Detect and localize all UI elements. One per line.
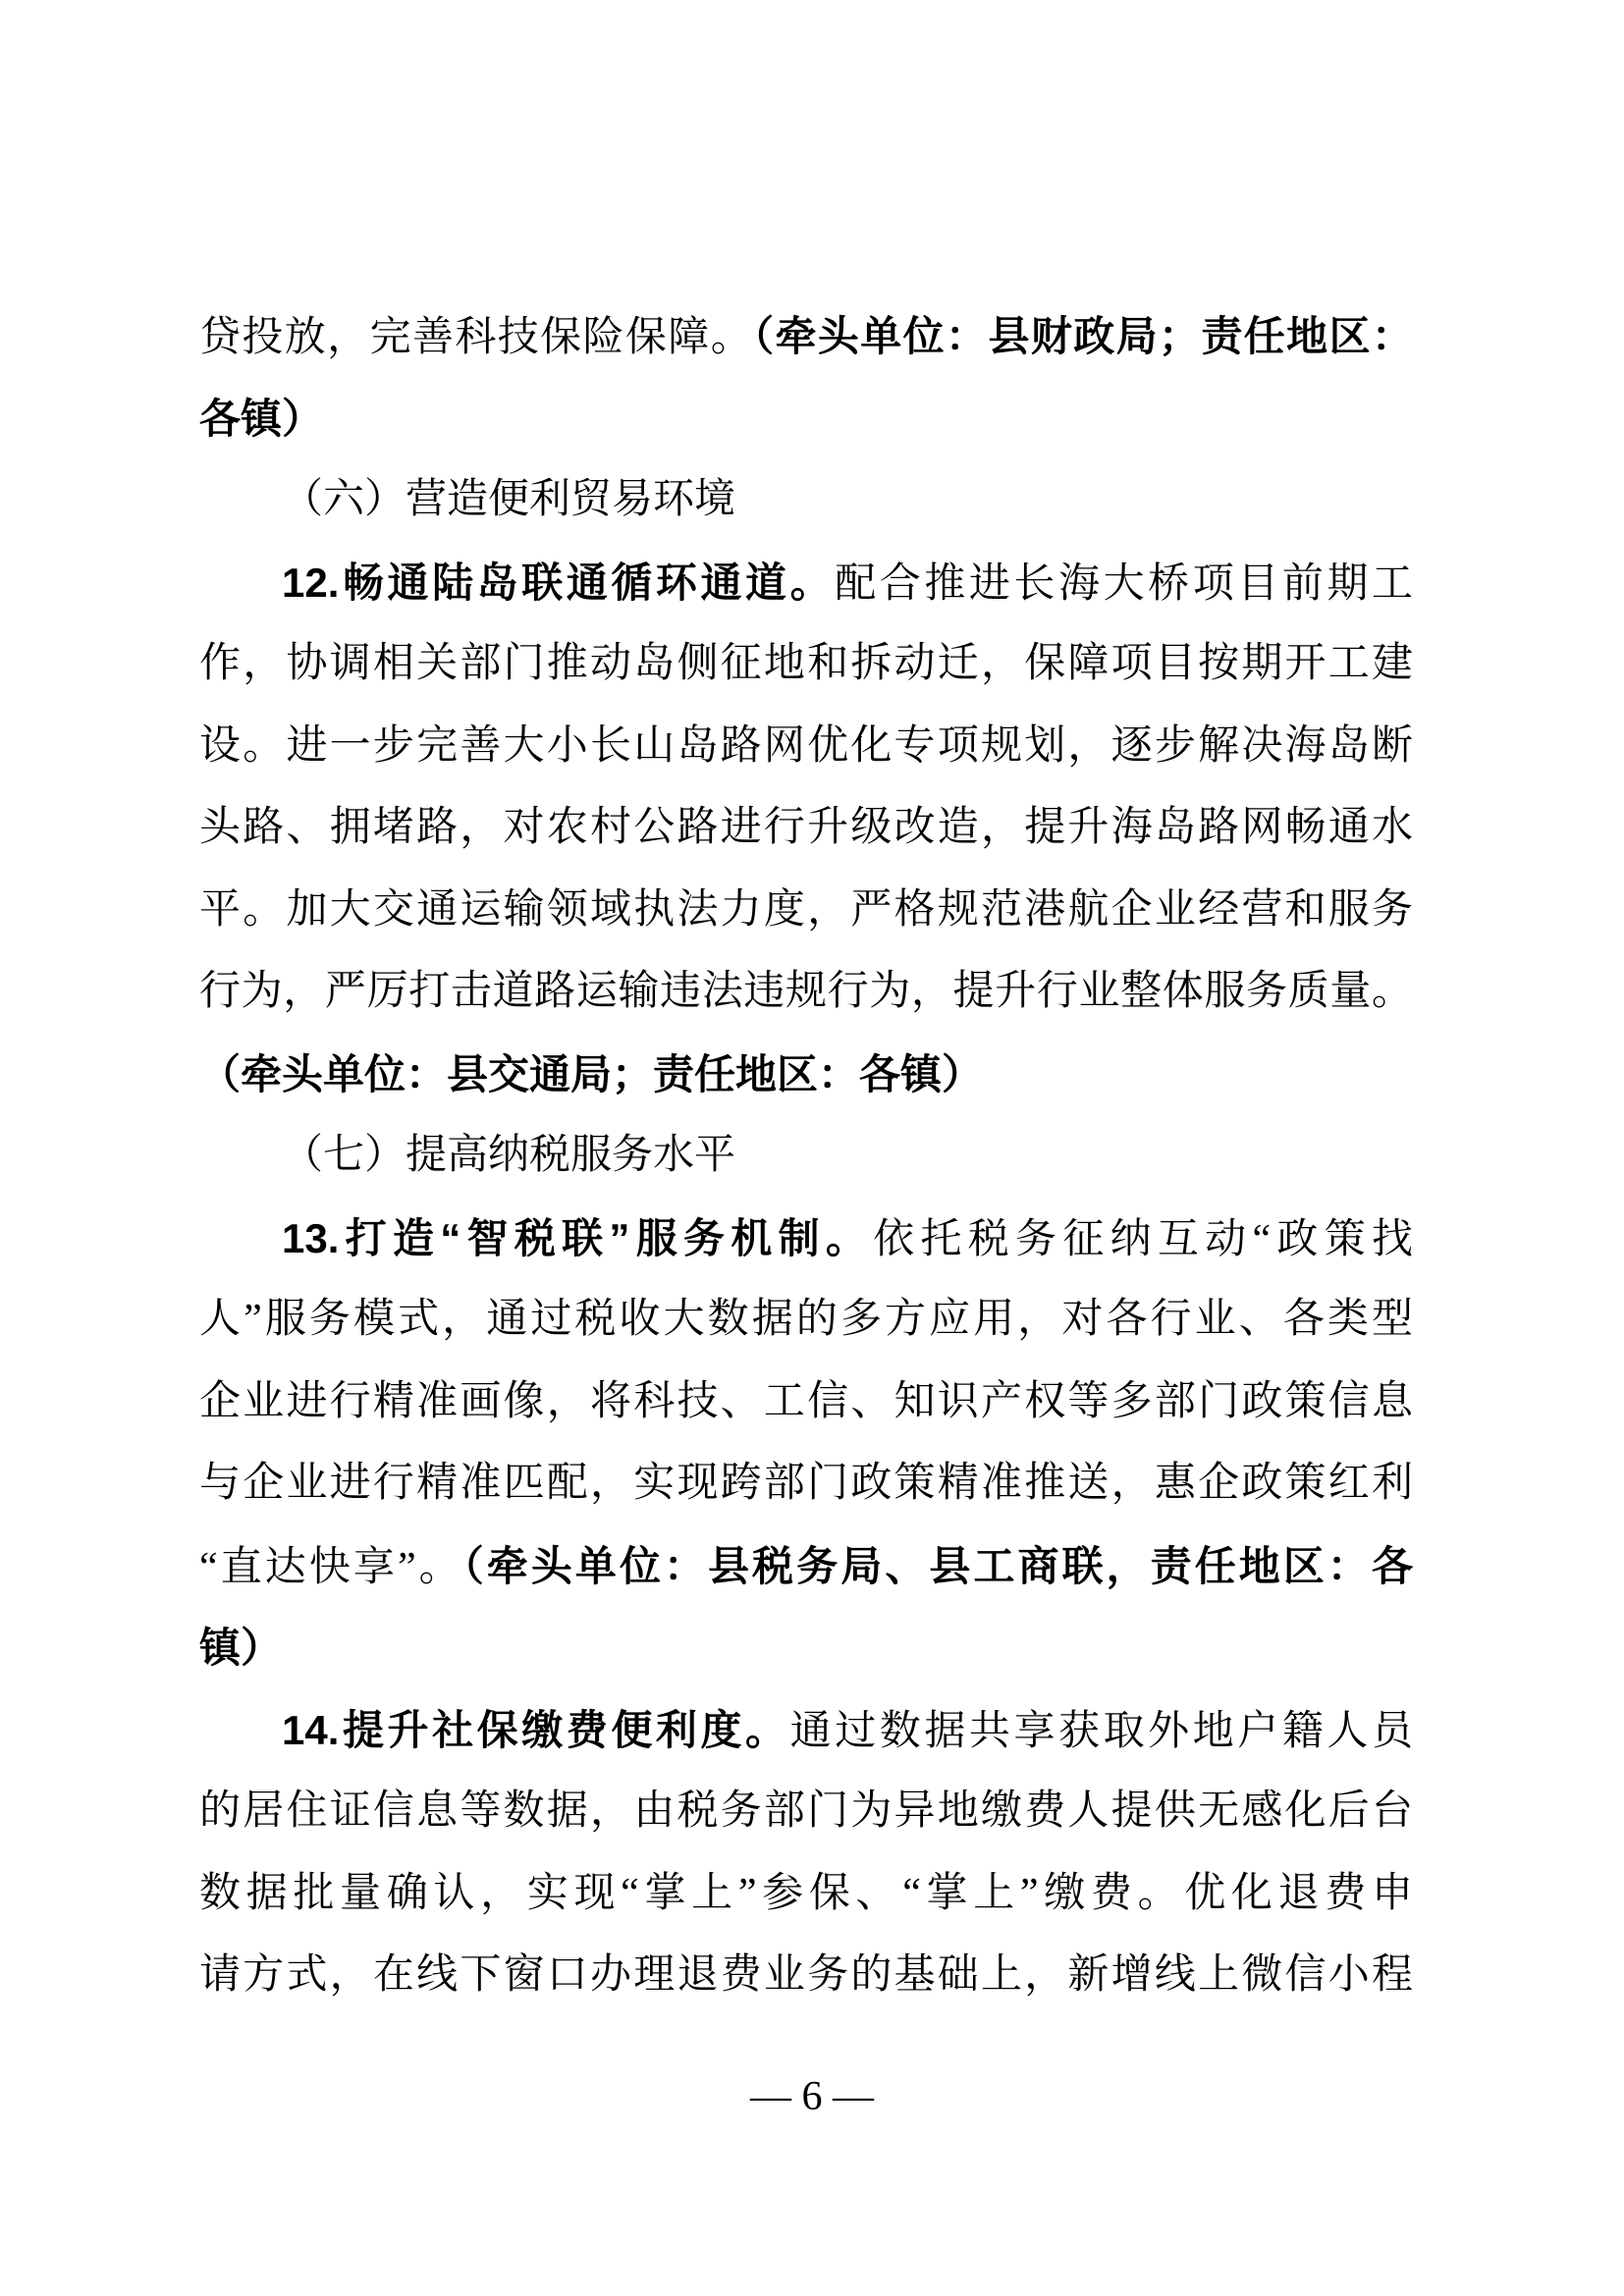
text-line: （牵头单位：县交通局；责任地区：各镇） bbox=[199, 1034, 1413, 1116]
text-line: 14.提升社保缴费便利度。通过数据共享获取外地户籍人员 bbox=[199, 1689, 1413, 1772]
text-run-body: 数据批量确认，实现“掌上”参保、“掌上”缴费。优化退费申 bbox=[199, 1871, 1413, 1916]
text-line: 13.打造“智税联”服务机制。依托税务征纳互动“政策找 bbox=[199, 1198, 1413, 1280]
text-line: （七）提高纳税服务水平 bbox=[199, 1115, 1413, 1198]
text-run-bold: 12.畅通陆岛联通循环通道。 bbox=[282, 560, 835, 606]
text-run-body: 设。进一步完善大小长山岛路网优化专项规划，逐步解决海岛断 bbox=[199, 723, 1413, 769]
text-run-body: 头路、拥堵路，对农村公路进行升级改造，提升海岛路网畅通水 bbox=[199, 805, 1413, 850]
text-run-kaiti: （六）营造便利贸易环境 bbox=[282, 477, 735, 522]
document-body: 贷投放，完善科技保险保障。（牵头单位：县财政局；责任地区：各镇）（六）营造便利贸… bbox=[199, 295, 1413, 2017]
text-run-bold: 各镇） bbox=[199, 396, 323, 442]
document-page: 贷投放，完善科技保险保障。（牵头单位：县财政局；责任地区：各镇）（六）营造便利贸… bbox=[0, 0, 1624, 2296]
text-run-body: 配合推进长海大桥项目前期工 bbox=[835, 561, 1413, 607]
text-line: （六）营造便利贸易环境 bbox=[199, 459, 1413, 542]
text-run-body: 请方式，在线下窗口办理退费业务的基础上，新增线上微信小程 bbox=[199, 1952, 1413, 1998]
text-run-bold: （牵头单位：县税务局、县工商联，责任地区：各 bbox=[463, 1543, 1413, 1589]
text-line: 贷投放，完善科技保险保障。（牵头单位：县财政局；责任地区： bbox=[199, 295, 1413, 378]
text-line: 人”服务模式，通过税收大数据的多方应用，对各行业、各类型 bbox=[199, 1279, 1413, 1362]
text-run-bold: 14.提升社保缴费便利度。 bbox=[282, 1707, 790, 1753]
text-run-bold: 13.打造“智税联”服务机制。 bbox=[282, 1215, 873, 1261]
text-line: 企业进行精准画像，将科技、工信、知识产权等多部门政策信息 bbox=[199, 1362, 1413, 1444]
text-line: 行为，严厉打击道路运输违法违规行为，提升行业整体服务质量。 bbox=[199, 951, 1413, 1034]
text-line: 与企业进行精准匹配，实现跨部门政策精准推送，惠企政策红利 bbox=[199, 1443, 1413, 1525]
text-run-body: 与企业进行精准匹配，实现跨部门政策精准推送，惠企政策红利 bbox=[199, 1461, 1413, 1506]
text-run-bold: （牵头单位：县交通局；责任地区：各镇） bbox=[199, 1051, 983, 1097]
text-run-body: 依托税务征纳互动“政策找 bbox=[873, 1217, 1413, 1262]
text-line: 请方式，在线下窗口办理退费业务的基础上，新增线上微信小程 bbox=[199, 1935, 1413, 2017]
text-run-bold: 镇） bbox=[199, 1625, 282, 1671]
text-line: 镇） bbox=[199, 1607, 1413, 1689]
text-run-body: “直达快享”。 bbox=[199, 1545, 463, 1590]
text-line: 的居住证信息等数据，由税务部门为异地缴费人提供无感化后台 bbox=[199, 1771, 1413, 1853]
text-run-body: 平。加大交通运输领域执法力度，严格规范港航企业经营和服务 bbox=[199, 887, 1413, 933]
text-run-body: 企业进行精准画像，将科技、工信、知识产权等多部门政策信息 bbox=[199, 1379, 1413, 1424]
text-run-body: 通过数据共享获取外地户籍人员 bbox=[790, 1709, 1413, 1754]
text-line: 数据批量确认，实现“掌上”参保、“掌上”缴费。优化退费申 bbox=[199, 1853, 1413, 1936]
text-line: 作，协调相关部门推动岛侧征地和拆动迁，保障项目按期开工建 bbox=[199, 623, 1413, 706]
text-line: 头路、拥堵路，对农村公路进行升级改造，提升海岛路网畅通水 bbox=[199, 787, 1413, 870]
text-run-body: 人”服务模式，通过税收大数据的多方应用，对各行业、各类型 bbox=[199, 1297, 1413, 1342]
text-line: 设。进一步完善大小长山岛路网优化专项规划，逐步解决海岛断 bbox=[199, 706, 1413, 788]
page-number: — 6 — bbox=[0, 2073, 1624, 2120]
text-line: “直达快享”。（牵头单位：县税务局、县工商联，责任地区：各 bbox=[199, 1525, 1413, 1608]
text-run-body: 的居住证信息等数据，由税务部门为异地缴费人提供无感化后台 bbox=[199, 1789, 1413, 1834]
text-run-body: 作，协调相关部门推动岛侧征地和拆动迁，保障项目按期开工建 bbox=[199, 641, 1413, 686]
text-line: 12.畅通陆岛联通循环通道。配合推进长海大桥项目前期工 bbox=[199, 542, 1413, 624]
text-run-kaiti: （七）提高纳税服务水平 bbox=[282, 1133, 735, 1178]
text-line: 各镇） bbox=[199, 378, 1413, 460]
text-run-bold: （牵头单位：县财政局；责任地区： bbox=[753, 313, 1413, 359]
text-run-body: 行为，严厉打击道路运输违法违规行为，提升行业整体服务质量。 bbox=[199, 969, 1413, 1014]
text-line: 平。加大交通运输领域执法力度，严格规范港航企业经营和服务 bbox=[199, 870, 1413, 952]
text-run-body: 贷投放，完善科技保险保障。 bbox=[199, 315, 753, 360]
